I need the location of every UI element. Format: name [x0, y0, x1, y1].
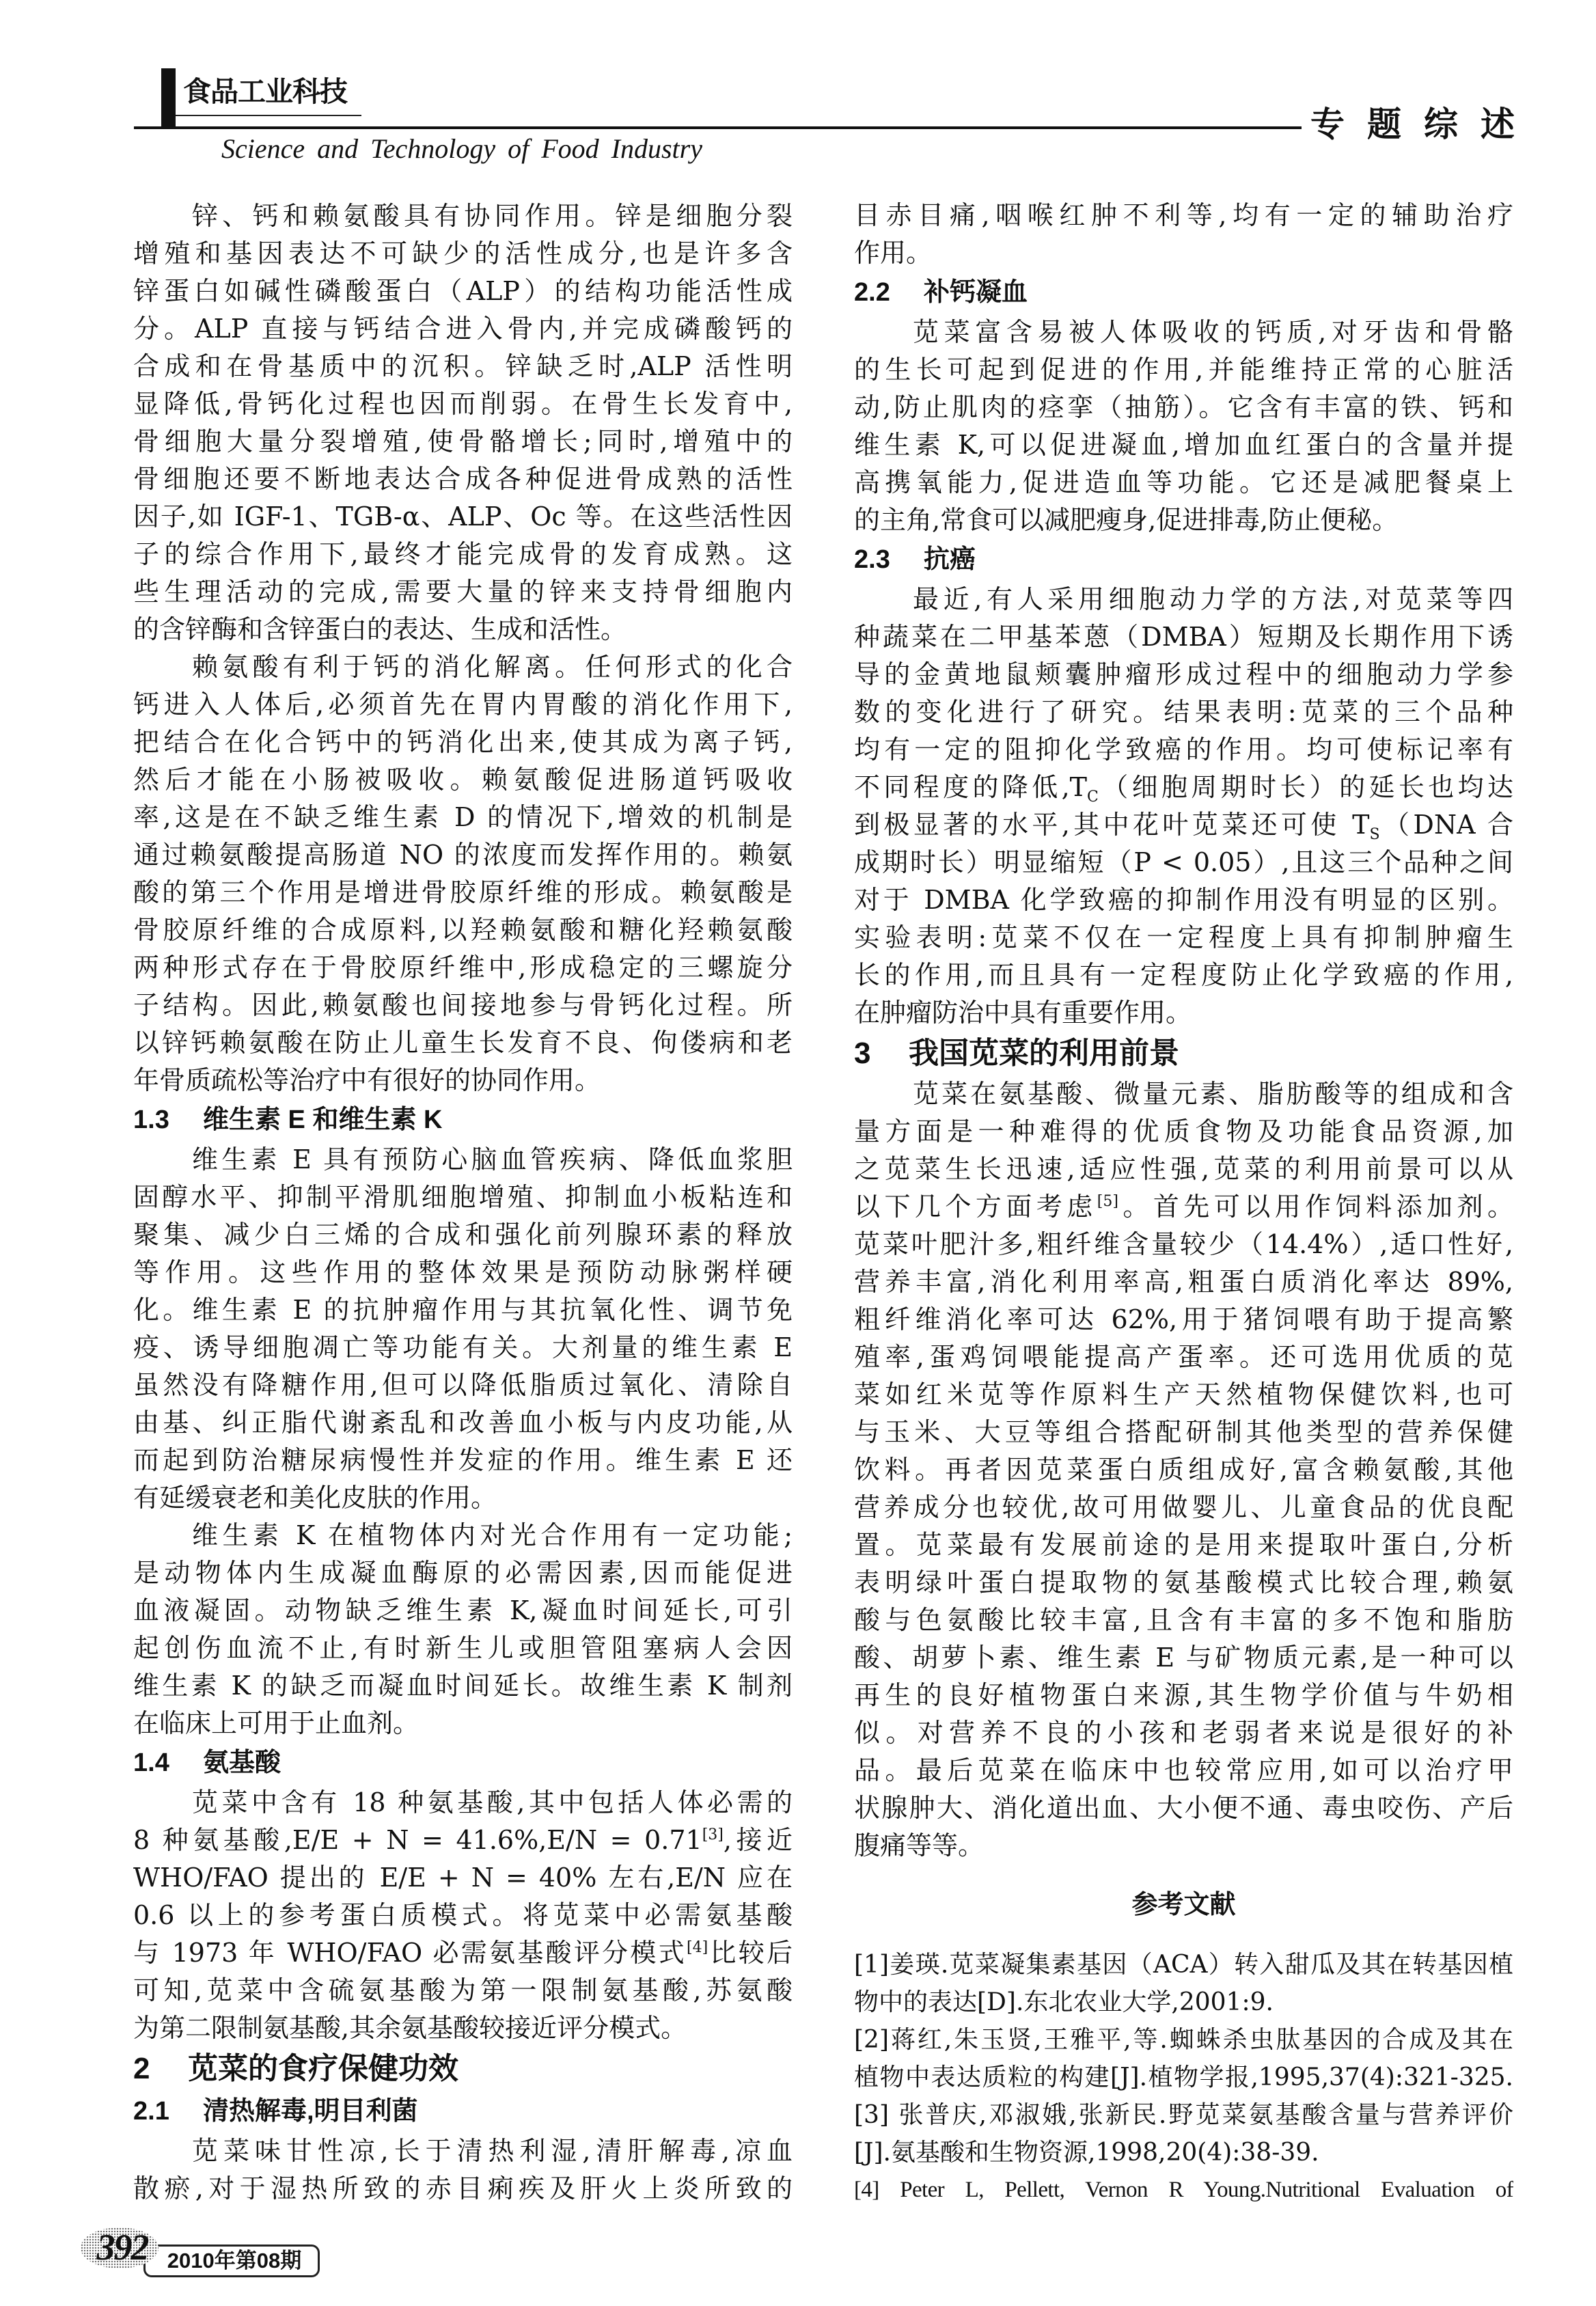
text-line: 血液凝固。动物缺乏维生素 K,凝血时间延长,可引 [133, 1592, 793, 1630]
heading-title: 苋菜的食疗保健功效 [188, 2052, 458, 2085]
text-segment: 。首先可以用作饲料添加剂。 [1118, 1192, 1513, 1222]
subsection-heading-1-3: 1.3维生素 E 和维生素 K [133, 1099, 793, 1141]
reference-line: 物中的表达[D].东北农业大学,2001:9. [854, 1984, 1513, 2021]
journal-logo: 食品工业科技 [183, 71, 347, 112]
heading-number: 2.1 [133, 2091, 203, 2132]
heading-title: 我国苋菜的利用前景 [909, 1037, 1179, 1070]
text-line: 表明绿叶蛋白提取物的氨基酸模式比较合理,赖氨 [854, 1564, 1513, 1602]
heading-number: 3 [854, 1032, 909, 1075]
text-line: 子的综合作用下,最终才能完成骨的发育成熟。这 [133, 536, 793, 573]
text-line: 增殖和基因表达不可缺少的活性成分,也是许多含 [133, 235, 793, 273]
reference-line: [4] Peter L, Pellett, Vernon R Young.Nut… [854, 2171, 1513, 2209]
text-line: 维生素 K 在植物体内对光合作用有一定功能; [133, 1517, 793, 1554]
paragraph: 锌、钙和赖氨酸具有协同作用。锌是细胞分裂 增殖和基因表达不可缺少的活性成分,也是… [133, 197, 793, 648]
text-line: 把结合在化合钙中的钙消化出来,使其成为离子钙, [133, 724, 793, 761]
text-line: 实验表明:苋菜不仅在一定程度上具有抑制肿瘤生 [854, 919, 1513, 957]
subscript: S [1370, 826, 1380, 843]
references-list: [1]姜瑛.苋菜凝集素基因（ACA）转入甜瓜及其在转基因植 物中的表达[D].东… [854, 1946, 1513, 2209]
text-line: 作用。 [854, 234, 1513, 272]
text-line: 在肿瘤防治中具有重要作用。 [854, 994, 1513, 1032]
reference-line: 植物中表达质粒的构建[J].植物学报,1995,37(4):321-325. [854, 2059, 1513, 2096]
text-line: 不同程度的降低,TC（细胞周期时长）的延长也均达 [854, 769, 1513, 806]
column-title: 专题综述 [1310, 104, 1537, 145]
text-line: 聚集、减少白三烯的合成和强化前列腺环素的释放 [133, 1216, 793, 1254]
subsection-heading-2-2: 2.2补钙凝血 [854, 272, 1513, 314]
reference-item: [3] 张普庆,邓淑娥,张新民.野苋菜氨基酸含量与营养评价 [J].氨基酸和生物… [854, 2096, 1513, 2171]
text-line: 0.6 以上的参考蛋白质模式。将苋菜中必需氨基酸 [133, 1897, 793, 1934]
paragraph: 维生素 E 具有预防心脑血管疾病、降低血浆胆 固醇水平、抑制平滑肌细胞增殖、抑制… [133, 1141, 793, 1517]
section-heading-3: 3我国苋菜的利用前景 [854, 1032, 1513, 1075]
text-line: 酸、胡萝卜素、维生素 E 与矿物质元素,是一种可以 [854, 1639, 1513, 1677]
text-line: 酸与色氨酸比较丰富,且含有丰富的多不饱和脂肪 [854, 1602, 1513, 1639]
text-line: 显降低,骨钙化过程也因而削弱。在骨生长发育中, [133, 385, 793, 423]
text-line: 虽然没有降糖作用,但可以降低脂质过氧化、清除自 [133, 1367, 793, 1404]
text-line: 与玉米、大豆等组合搭配研制其他类型的营养保健 [854, 1414, 1513, 1451]
text-segment: 比较后 [708, 1938, 793, 1968]
paragraph: 苋菜中含有 18 种氨基酸,其中包括人体必需的 8 种氨基酸,E/E + N =… [133, 1784, 793, 2047]
reference-item: [4] Peter L, Pellett, Vernon R Young.Nut… [854, 2171, 1513, 2209]
text-line: 动,防止肌肉的痉挛（抽筋）。它含有丰富的铁、钙和 [854, 389, 1513, 426]
text-line: 数的变化进行了研究。结果表明:苋菜的三个品种 [854, 694, 1513, 731]
text-line: 酸的第三个作用是增进骨胶原纤维的形成。赖氨酸是 [133, 874, 793, 911]
paragraph: 苋菜在氨基酸、微量元素、脂肪酸等的组成和含 量方面是一种难得的优质食物及功能食品… [854, 1075, 1513, 1865]
text-segment: （DNA 合 [1380, 810, 1513, 840]
text-line: 年骨质疏松等治疗中有很好的协同作用。 [133, 1062, 793, 1099]
text-line: 均有一定的阻抑化学致癌的作用。均可使标记率有 [854, 731, 1513, 769]
text-line: 苋菜味甘性凉,长于清热利湿,清肝解毒,凉血 [133, 2132, 793, 2170]
header-rule [134, 126, 1302, 129]
text-line: 在临床上可用于止血剂。 [133, 1705, 793, 1742]
paragraph: 苋菜味甘性凉,长于清热利湿,清肝解毒,凉血 散瘀,对于湿热所致的赤目痢疾及肝火上… [133, 2132, 793, 2208]
text-line: 赖氨酸有利于钙的消化解离。任何形式的化合 [133, 648, 793, 686]
text-line: 8 种氨基酸,E/E + N = 41.6%,E/N = 0.71[3],接近 [133, 1822, 793, 1859]
text-segment: （细胞周期时长）的延长也均达 [1099, 772, 1513, 802]
citation-superscript: [4] [687, 1939, 708, 1956]
right-column: 目赤目痛,咽喉红肿不利等,均有一定的辅助治疗 作用。 2.2补钙凝血 苋菜富含易… [854, 197, 1513, 2209]
subscript: C [1087, 788, 1099, 806]
text-line: 最近,有人采用细胞动力学的方法,对苋菜等四 [854, 581, 1513, 618]
text-segment: 8 种氨基酸,E/E + N = 41.6%,E/N = 0.71 [133, 1825, 702, 1855]
text-line: 然后才能在小肠被吸收。赖氨酸促进肠道钙吸收 [133, 761, 793, 799]
text-line: 是动物体内生成凝血酶原的必需因素,因而能促进 [133, 1554, 793, 1592]
text-line: 高携氧能力,促进造血等功能。它还是减肥餐桌上 [854, 464, 1513, 502]
heading-title: 抗癌 [924, 545, 976, 574]
paragraph: 维生素 K 在植物体内对光合作用有一定功能; 是动物体内生成凝血酶原的必需因素,… [133, 1517, 793, 1742]
reference-line: [1]姜瑛.苋菜凝集素基因（ACA）转入甜瓜及其在转基因植 [854, 1946, 1513, 1984]
text-line: 分。ALP 直接与钙结合进入骨内,并完成磷酸钙的 [133, 310, 793, 348]
citation-superscript: [3] [702, 1826, 724, 1843]
text-line: 的生长可起到促进的作用,并能维持正常的心脏活 [854, 351, 1513, 389]
text-line: 钙进入人体后,必须首先在胃内胃酸的消化作用下, [133, 686, 793, 724]
reference-item: [2]蒋红,朱玉贤,王雅平,等.蜘蛛杀虫肽基因的合成及其在 植物中表达质粒的构建… [854, 2021, 1513, 2096]
heading-number: 1.3 [133, 1099, 203, 1141]
text-segment: 与 1973 年 WHO/FAO 必需氨基酸评分模式 [133, 1938, 687, 1968]
reference-line: [3] 张普庆,邓淑娥,张新民.野苋菜氨基酸含量与营养评价 [854, 2096, 1513, 2134]
text-line: 因子,如 IGF-1、TGB-α、ALP、Oc 等。在这些活性因 [133, 498, 793, 536]
heading-number: 1.4 [133, 1742, 203, 1784]
text-line: 对于 DMBA 化学致癌的抑制作用没有明显的区别。 [854, 881, 1513, 919]
text-line: 骨细胞还要不断地表达合成各种促进骨成熟的活性 [133, 461, 793, 498]
reference-item: [1]姜瑛.苋菜凝集素基因（ACA）转入甜瓜及其在转基因植 物中的表达[D].东… [854, 1946, 1513, 2021]
text-line: 种蔬菜在二甲基苯蒽（DMBA）短期及长期作用下诱 [854, 618, 1513, 656]
text-line: 由基、纠正脂代谢紊乱和改善血小板与内皮功能,从 [133, 1404, 793, 1442]
text-line: 苋菜在氨基酸、微量元素、脂肪酸等的组成和含 [854, 1075, 1513, 1113]
text-line: 苋菜叶肥汁多,粗纤维含量较少（14.4%）,适口性好, [854, 1226, 1513, 1263]
text-line: 骨胶原纤维的合成原料,以羟赖氨酸和糖化羟赖氨酸 [133, 911, 793, 949]
text-line: 苋菜富含易被人体吸收的钙质,对牙齿和骨骼 [854, 314, 1513, 351]
text-segment: ,接近 [724, 1825, 793, 1855]
text-line: 为第二限制氨基酸,其余氨基酸较接近评分模式。 [133, 2009, 793, 2047]
text-line: 饮料。再者因苋菜蛋白质组成好,富含赖氨酸,其他 [854, 1451, 1513, 1489]
text-segment: 到极显著的水平,其中花叶苋菜还可使 T [854, 810, 1370, 840]
text-line: 长的作用,而且具有一定程度防止化学致癌的作用, [854, 957, 1513, 994]
text-line: 营养丰富,消化利用率高,粗蛋白质消化率达 89%, [854, 1263, 1513, 1301]
reference-line: [2]蒋红,朱玉贤,王雅平,等.蜘蛛杀虫肽基因的合成及其在 [854, 2021, 1513, 2059]
page-number: 392 [85, 2226, 160, 2268]
text-line: 通过赖氨酸提高肠道 NO 的浓度而发挥作用的。赖氨 [133, 836, 793, 874]
text-line: 量方面是一种难得的优质食物及功能食品资源,加 [854, 1113, 1513, 1151]
text-line: 与 1973 年 WHO/FAO 必需氨基酸评分模式[4]比较后 [133, 1934, 793, 1972]
text-line: 腹痛等等。 [854, 1827, 1513, 1865]
text-line: 疫、诱导细胞凋亡等功能有关。大剂量的维生素 E [133, 1329, 793, 1367]
text-line: 成期时长）明显缩短（P < 0.05）,且这三个品种之间 [854, 844, 1513, 881]
text-line: 粗纤维消化率可达 62%,用于猪饲喂有助于提高繁 [854, 1301, 1513, 1339]
text-line: 之苋菜生长迅速,适应性强,苋菜的利用前景可以从 [854, 1151, 1513, 1188]
text-line: 到极显著的水平,其中花叶苋菜还可使 TS（DNA 合 [854, 806, 1513, 844]
text-line: 以下几个方面考虑[5]。首先可以用作饲料添加剂。 [854, 1188, 1513, 1226]
paragraph: 苋菜富含易被人体吸收的钙质,对牙齿和骨骼 的生长可起到促进的作用,并能维持正常的… [854, 314, 1513, 539]
logo-underline [176, 115, 361, 116]
text-line: 再生的良好植物蛋白来源,其生物学价值与牛奶相 [854, 1677, 1513, 1714]
text-line: 合成和在骨基质中的沉积。锌缺乏时,ALP 活性明 [133, 348, 793, 385]
text-line: 锌、钙和赖氨酸具有协同作用。锌是细胞分裂 [133, 197, 793, 235]
heading-number: 2 [133, 2047, 188, 2091]
text-line: 化。维生素 E 的抗肿瘤作用与其抗氧化性、调节免 [133, 1291, 793, 1329]
text-line: 导的金黄地鼠颊囊肿瘤形成过程中的细胞动力学参 [854, 656, 1513, 694]
text-line: 起创伤血流不止,有时新生儿或胆管阻塞病人会因 [133, 1630, 793, 1667]
text-line: 骨细胞大量分裂增殖,使骨骼增长;同时,增殖中的 [133, 423, 793, 461]
header-vertical-bar [161, 68, 176, 128]
text-line: 目赤目痛,咽喉红肿不利等,均有一定的辅助治疗 [854, 197, 1513, 234]
section-heading-2: 2苋菜的食疗保健功效 [133, 2047, 793, 2091]
text-line: 有延缓衰老和美化皮肤的作用。 [133, 1479, 793, 1517]
text-line: 菜如红米苋等作原料生产天然植物保健饮料,也可 [854, 1376, 1513, 1414]
text-line: 维生素 K,可以促进凝血,增加血红蛋白的含量并提 [854, 426, 1513, 464]
references-heading: 参考文献 [854, 1865, 1513, 1946]
journal-page: 食品工业科技 专题综述 Science and Technology of Fo… [0, 0, 1596, 2306]
text-line: 而起到防治糖尿病慢性并发症的作用。维生素 E 还 [133, 1442, 793, 1479]
text-line: WHO/FAO 提出的 E/E + N = 40% 左右,E/N 应在 [133, 1859, 793, 1897]
paragraph: 最近,有人采用细胞动力学的方法,对苋菜等四 种蔬菜在二甲基苯蒽（DMBA）短期及… [854, 581, 1513, 1032]
subsection-heading-2-1: 2.1清热解毒,明目利菌 [133, 2091, 793, 2132]
text-line: 的主角,常食可以减肥瘦身,促进排毒,防止便秘。 [854, 502, 1513, 539]
text-line: 散瘀,对于湿热所致的赤目痢疾及肝火上炎所致的 [133, 2170, 793, 2208]
text-line: 似。对营养不良的小孩和老弱者来说是很好的补 [854, 1714, 1513, 1752]
text-segment: 不同程度的降低,T [854, 772, 1087, 802]
reference-line: [J].氨基酸和生物资源,1998,20(4):38-39. [854, 2134, 1513, 2171]
citation-superscript: [5] [1097, 1193, 1118, 1210]
text-line: 营养成分也较优,故可用做婴儿、儿童食品的优良配 [854, 1489, 1513, 1526]
text-line: 可知,苋菜中含硫氨基酸为第一限制氨基酸,苏氨酸 [133, 1972, 793, 2009]
issue-label: 2010年第08期 [143, 2245, 320, 2277]
text-line: 置。苋菜最有发展前途的是用来提取叶蛋白,分析 [854, 1526, 1513, 1564]
paragraph-continued: 目赤目痛,咽喉红肿不利等,均有一定的辅助治疗 作用。 [854, 197, 1513, 272]
heading-title: 补钙凝血 [924, 278, 1028, 307]
text-line: 些生理活动的完成,需要大量的锌来支持骨细胞内 [133, 573, 793, 611]
text-segment: 以下几个方面考虑 [854, 1192, 1097, 1222]
heading-title: 清热解毒,明目利菌 [203, 2097, 418, 2126]
heading-title: 维生素 E 和维生素 K [203, 1106, 442, 1134]
text-line: 子结构。因此,赖氨酸也间接地参与骨钙化过程。所 [133, 987, 793, 1024]
text-line: 的含锌酶和含锌蛋白的表达、生成和活性。 [133, 611, 793, 648]
text-line: 维生素 E 具有预防心脑血管疾病、降低血浆胆 [133, 1141, 793, 1179]
journal-subtitle: Science and Technology of Food Industry [221, 132, 702, 166]
text-line: 固醇水平、抑制平滑肌细胞增殖、抑制血小板粘连和 [133, 1179, 793, 1216]
heading-title: 氨基酸 [203, 1748, 281, 1777]
text-line: 以锌钙赖氨酸在防止儿童生长发育不良、佝偻病和老 [133, 1024, 793, 1062]
subsection-heading-1-4: 1.4氨基酸 [133, 1742, 793, 1784]
text-line: 品。最后苋菜在临床中也较常应用,如可以治疗甲 [854, 1752, 1513, 1789]
text-line: 率,这是在不缺乏维生素 D 的情况下,增效的机制是 [133, 799, 793, 836]
text-line: 两种形式存在于骨胶原纤维中,形成稳定的三螺旋分 [133, 949, 793, 987]
subsection-heading-2-3: 2.3抗癌 [854, 539, 1513, 581]
text-line: 状腺肿大、消化道出血、大小便不通、毒虫咬伤、产后 [854, 1789, 1513, 1827]
heading-number: 2.3 [854, 539, 924, 581]
text-line: 等作用。这些作用的整体效果是预防动脉粥样硬 [133, 1254, 793, 1291]
heading-number: 2.2 [854, 272, 924, 314]
text-line: 维生素 K 的缺乏而凝血时间延长。故维生素 K 制剂 [133, 1667, 793, 1705]
text-line: 锌蛋白如碱性磷酸蛋白（ALP）的结构功能活性成 [133, 273, 793, 310]
text-line: 殖率,蛋鸡饲喂能提高产蛋率。还可选用优质的苋 [854, 1339, 1513, 1376]
text-line: 苋菜中含有 18 种氨基酸,其中包括人体必需的 [133, 1784, 793, 1822]
left-column: 锌、钙和赖氨酸具有协同作用。锌是细胞分裂 增殖和基因表达不可缺少的活性成分,也是… [133, 197, 793, 2208]
paragraph: 赖氨酸有利于钙的消化解离。任何形式的化合 钙进入人体后,必须首先在胃内胃酸的消化… [133, 648, 793, 1099]
